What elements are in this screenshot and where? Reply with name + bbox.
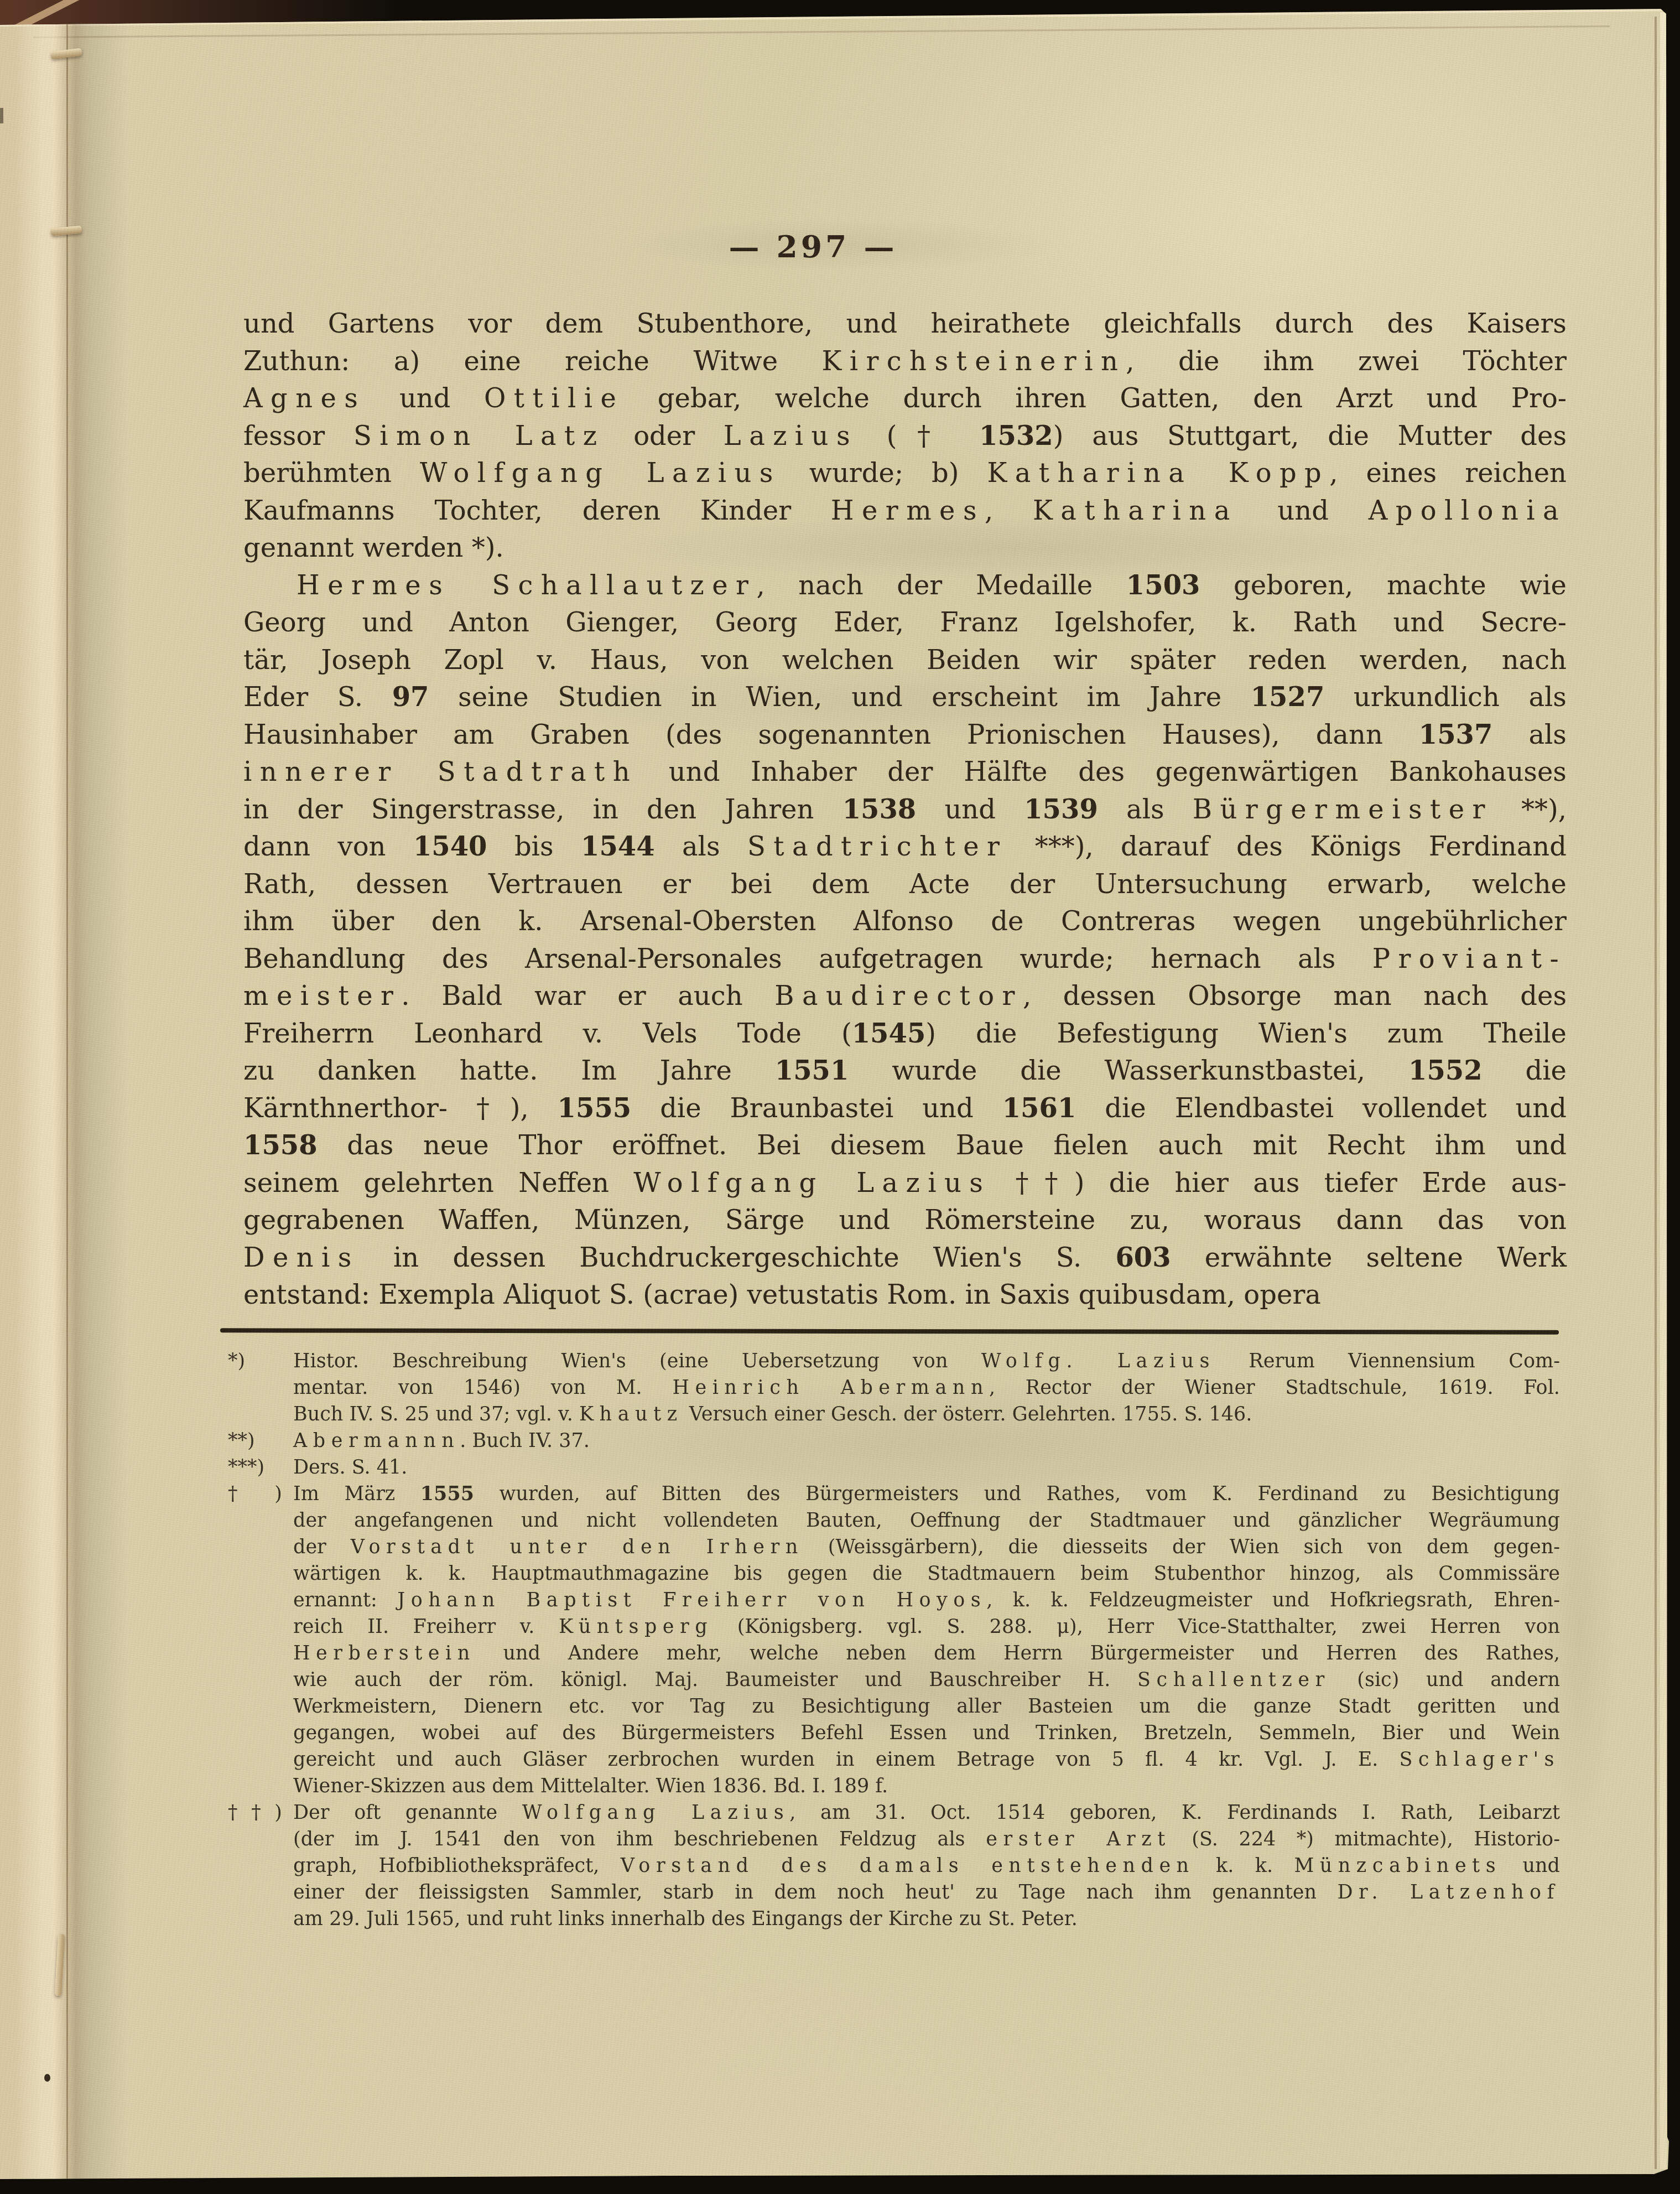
text-line: ihm über den k. Arsenal-Obersten Alfonso… — [243, 903, 1567, 941]
text-segment: ) die Befestigung Wien's zum Theile — [925, 1018, 1567, 1049]
text-segment: Zuthun: a) eine reiche Witwe — [243, 346, 821, 377]
text-segment: wurde; b) — [781, 458, 987, 489]
text-segment: ernannt: — [293, 1589, 397, 1611]
text-line: Georg und Anton Gienger, Georg Eder, Fra… — [243, 604, 1567, 642]
text-segment: Khautz — [579, 1403, 683, 1425]
text-segment: wurden, auf Bitten des Bürgermeisters un… — [474, 1483, 1560, 1505]
gutter-crease — [66, 0, 68, 2194]
text-segment: Schlager's — [1399, 1749, 1560, 1771]
text-line: seinem gelehrten Neffen Wolfgang Lazius … — [243, 1165, 1567, 1202]
text-segment: erwähnte seltene Werk — [1171, 1242, 1567, 1273]
text-segment: ††) die hier aus tiefer Erde aus- — [991, 1168, 1567, 1199]
text-segment: meister — [243, 981, 401, 1012]
text-segment: geboren, machte wie — [1200, 570, 1567, 601]
text-segment: 603 — [1115, 1242, 1171, 1273]
text-segment: der angefangenen und nicht vollendeten B… — [293, 1510, 1560, 1532]
text-segment: als — [655, 831, 747, 862]
text-segment: Lazius — [724, 421, 858, 452]
text-line: Zuthun: a) eine reiche Witwe Kirchsteine… — [243, 343, 1567, 381]
text-segment: Baudirector — [774, 981, 1023, 1012]
text-segment: in der Singerstrasse, in den Jahren — [243, 794, 842, 825]
text-segment: Münzcabinets — [1294, 1855, 1501, 1877]
text-segment: und — [916, 794, 1024, 825]
footnote-line: Wiener-Skizzen aus dem Mittelalter. Wien… — [293, 1773, 1560, 1799]
text-segment: und — [366, 383, 484, 414]
text-line: Eder S. 97 seine Studien in Wien, und er… — [243, 679, 1567, 717]
text-segment: († — [858, 421, 979, 452]
text-line: in der Singerstrasse, in den Jahren 1538… — [243, 791, 1567, 829]
text-segment: Ders. S. 41. — [293, 1456, 407, 1479]
paper-sheet: — 297 — und Gartens vor dem Stubenthore,… — [0, 0, 1680, 2194]
text-line: Hermes Schallautzer, nach der Medaille 1… — [243, 567, 1567, 605]
text-segment: Johann Baptist Freiherr von Hoyos — [397, 1589, 986, 1611]
text-line: Kärnthnerthor- †), 1555 die Braunbastei … — [243, 1090, 1567, 1128]
text-segment: zu danken hatte. Im Jahre — [243, 1055, 775, 1086]
text-segment: 1532 — [979, 421, 1053, 452]
text-segment: die Braunbastei und — [631, 1093, 1002, 1124]
text-segment: Wiener-Skizzen aus dem Mittelalter. Wien… — [293, 1775, 888, 1797]
text-segment: graph, Hofbibliothekspräfect, — [293, 1855, 621, 1877]
footnote-line: der angefangenen und nicht vollendeten B… — [293, 1507, 1560, 1534]
text-segment: gegrabenen Waffen, Münzen, Särge und Röm… — [243, 1205, 1567, 1236]
text-segment: (der im J. 1541 den von ihm beschriebene… — [293, 1828, 986, 1850]
paper-speck — [44, 2074, 50, 2082]
text-segment: seinem gelehrten Neffen — [243, 1168, 633, 1199]
page-right-edge-highlight — [1660, 12, 1667, 2169]
text-segment: 1561 — [1002, 1093, 1076, 1124]
text-segment: erster Arzt — [986, 1828, 1171, 1850]
text-segment: Apollonia — [1369, 495, 1567, 526]
text-line: und Gartens vor dem Stubenthore, und hei… — [243, 305, 1567, 343]
text-segment: 1558 — [243, 1130, 318, 1161]
footnote-marker: ††) — [228, 1799, 282, 1826]
text-segment: 1540 — [413, 831, 487, 862]
text-segment: Katharina Kopp — [987, 458, 1330, 489]
text-segment: **), — [1493, 794, 1567, 825]
text-segment: das neue Thor eröffnet. Bei diesem Baue … — [318, 1130, 1567, 1161]
text-segment: 1539 — [1024, 794, 1098, 825]
text-segment: 1544 — [581, 831, 655, 862]
text-segment: Hermes — [831, 495, 985, 526]
text-segment: Küntsperg — [559, 1616, 713, 1638]
text-segment: Proviant- — [1372, 943, 1567, 974]
text-line: dann von 1540 bis 1544 als Stadtrichter … — [243, 828, 1567, 866]
text-segment: genannt werden *). — [243, 532, 504, 563]
text-line: berühmten Wolfgang Lazius wurde; b) Kath… — [243, 455, 1567, 492]
scanned-book-page: — 297 — und Gartens vor dem Stubenthore,… — [0, 0, 1680, 2194]
text-segment: wurde die Wasserkunstbastei, — [849, 1055, 1408, 1086]
footnote-line: Werkmeistern, Dienern etc. vor Tag zu Be… — [293, 1693, 1560, 1720]
text-segment: ) aus Stuttgart, die Mutter des — [1053, 421, 1567, 452]
text-segment: Kärnthnerthor- †), — [243, 1093, 558, 1124]
text-segment: Dr. Latzenhof — [1338, 1881, 1560, 1903]
footnote-line: wärtigen k. k. Hauptmauthmagazine bis ge… — [293, 1560, 1560, 1587]
footnote-marker: **) — [228, 1428, 282, 1454]
text-segment: 1527 — [1251, 682, 1325, 713]
text-line: gegrabenen Waffen, Münzen, Särge und Röm… — [243, 1202, 1567, 1239]
text-segment: gegangen, wobei auf des Bürgermeisters B… — [293, 1722, 1560, 1744]
text-segment: am 29. Juli 1565, und ruht links innerha… — [293, 1908, 1078, 1930]
text-segment: 1503 — [1126, 570, 1200, 601]
text-segment: und Gartens vor dem Stubenthore, und hei… — [243, 308, 1567, 339]
text-segment: 1537 — [1419, 719, 1493, 750]
footnote-line: der Vorstadt unter den Irhern (Weissgärb… — [293, 1534, 1560, 1560]
text-segment: dann von — [243, 831, 413, 862]
text-segment: Katharina — [1033, 495, 1238, 526]
binding-gutter — [15, 0, 129, 2194]
text-segment: und — [1501, 1855, 1560, 1877]
footnote-line: Buch IV. S. 25 und 37; vgl. v. Khautz Ve… — [293, 1401, 1560, 1428]
footnote-line: gegangen, wobei auf des Bürgermeisters B… — [293, 1720, 1560, 1746]
text-segment: Eder S. — [243, 682, 392, 713]
text-segment: als — [1492, 719, 1567, 750]
text-segment: wärtigen k. k. Hauptmauthmagazine bis ge… — [293, 1563, 1560, 1585]
text-segment: entstand: Exempla Aliquot S. (acrae) vet… — [243, 1279, 1321, 1310]
text-segment: Freiherrn Leonhard v. Vels Tode ( — [243, 1018, 852, 1049]
text-segment: die Elendbastei vollendet und — [1076, 1093, 1567, 1124]
footnote-line: ††)Der oft genannte Wolfgang Lazius, am … — [293, 1799, 1560, 1826]
text-segment: berühmten — [243, 458, 420, 489]
footnote-line: *)Histor. Beschreibung Wien's (eine Uebe… — [293, 1348, 1560, 1375]
text-segment: Schallentzer — [1137, 1669, 1330, 1691]
text-line: zu danken hatte. Im Jahre 1551 wurde die… — [243, 1052, 1567, 1090]
text-segment: Wolfgang Lazius — [633, 1168, 991, 1199]
footnote-line: graph, Hofbibliothekspräfect, Vorstand d… — [293, 1853, 1560, 1879]
text-segment: Simon Latz — [353, 421, 605, 452]
text-segment: Kirchsteinerin — [821, 346, 1126, 377]
text-segment: bis — [487, 831, 581, 862]
text-segment: Behandlung des Arsenal-Personales aufget… — [243, 943, 1372, 974]
text-segment: . Buch IV. 37. — [460, 1430, 590, 1452]
footnote-marker: *) — [228, 1348, 282, 1375]
text-segment: , k. k. Feldzeugmeister und Hofkriegsrat… — [986, 1589, 1560, 1611]
text-segment: seine Studien in Wien, und erscheint im … — [429, 682, 1250, 713]
text-segment: Agnes — [243, 383, 366, 414]
text-line: Denis in dessen Buchdruckergeschichte Wi… — [243, 1239, 1567, 1277]
text-segment: Versuch einer Gesch. der österr. Gelehrt… — [683, 1403, 1252, 1425]
paragraph: Hermes Schallautzer, nach der Medaille 1… — [243, 567, 1567, 1314]
text-line: Rath, dessen Vertrauen er bei dem Acte d… — [243, 866, 1567, 904]
footnote-line: (der im J. 1541 den von ihm beschriebene… — [293, 1826, 1560, 1853]
text-segment: 1555 — [420, 1482, 474, 1505]
text-segment: 97 — [392, 682, 429, 713]
text-segment: als — [1098, 794, 1193, 825]
text-segment: 1538 — [842, 794, 917, 825]
text-segment: Hermes Schallautzer — [297, 570, 756, 601]
text-segment: , die ihm zwei Töchter — [1126, 346, 1567, 377]
text-segment: Vorstadt unter den Irhern — [351, 1536, 804, 1558]
text-segment: reich II. Freiherr v. — [293, 1616, 559, 1638]
paragraph: und Gartens vor dem Stubenthore, und hei… — [243, 305, 1567, 567]
text-segment: in dessen Buchdruckergeschichte Wien's S… — [360, 1242, 1116, 1273]
text-segment: Georg und Anton Gienger, Georg Eder, Fra… — [243, 607, 1567, 638]
footnote-marker: †) — [228, 1481, 282, 1507]
text-line: meister. Bald war er auch Baudirector, d… — [243, 978, 1567, 1015]
text-line: entstand: Exempla Aliquot S. (acrae) vet… — [243, 1277, 1567, 1314]
text-segment: Stadtrichter — [747, 831, 1007, 862]
text-segment: Heinrich Abermann — [672, 1377, 989, 1399]
text-segment: und Inhaber der Hälfte des gegenwärtigen… — [638, 756, 1567, 787]
page-right-edge-line — [1655, 17, 1657, 2169]
text-segment: innerer Stadtrath — [243, 756, 638, 787]
text-segment: 1555 — [558, 1093, 632, 1124]
page-number: — 297 — — [166, 229, 1460, 264]
body-text: und Gartens vor dem Stubenthore, und hei… — [243, 305, 1567, 1314]
text-segment: Rerum Viennensium Com- — [1215, 1350, 1560, 1372]
text-line: Behandlung des Arsenal-Personales aufget… — [243, 941, 1567, 978]
text-segment: Abermannn — [293, 1430, 460, 1452]
footnote-line: †)Im März 1555 wurden, auf Bitten des Bü… — [293, 1481, 1560, 1507]
text-line: tär, Joseph Zopl v. Haus, von welchen Be… — [243, 642, 1567, 680]
text-segment: , eines reichen — [1329, 458, 1567, 489]
text-segment: , nach der Medaille — [756, 570, 1126, 601]
text-line: Kaufmanns Tochter, deren Kinder Hermes, … — [243, 492, 1567, 530]
footnote-line: **)Abermannn. Buch IV. 37. — [293, 1428, 1560, 1454]
text-segment: Buch IV. S. 25 und 37; vgl. v. — [293, 1403, 579, 1425]
text-segment: gereicht und auch Gläser zerbrochen wurd… — [293, 1749, 1399, 1771]
footnote-line: einer der fleissigsten Sammler, starb in… — [293, 1879, 1560, 1906]
text-segment: ihm über den k. Arsenal-Obersten Alfonso… — [243, 906, 1567, 937]
text-segment: 1545 — [852, 1018, 926, 1049]
text-segment: . Bald war er auch — [401, 981, 774, 1012]
text-segment: Kaufmanns Tochter, deren Kinder — [243, 495, 831, 526]
text-segment: Werkmeistern, Dienern etc. vor Tag zu Be… — [293, 1695, 1560, 1718]
text-segment: (sic) und andern — [1330, 1669, 1560, 1691]
text-segment: 1552 — [1408, 1055, 1483, 1086]
text-segment: urkundlich als — [1324, 682, 1567, 713]
footnote-line: ernannt: Johann Baptist Freiherr von Hoy… — [293, 1587, 1560, 1614]
text-segment: Wolfgang Lazius — [420, 458, 781, 489]
footnote-line: reich II. Freiherr v. Küntsperg (Königsb… — [293, 1614, 1560, 1640]
text-segment: die — [1483, 1055, 1567, 1086]
footnote-separator-rule — [220, 1328, 1559, 1334]
footnote-line: Herberstein und Andere mehr, welche nebe… — [293, 1640, 1560, 1667]
text-segment: fessor — [243, 421, 353, 452]
text-segment: und — [1238, 495, 1369, 526]
text-segment: oder — [605, 421, 723, 452]
text-segment: einer der fleissigsten Sammler, starb in… — [293, 1881, 1338, 1903]
text-segment: , dessen Obsorge man nach des — [1023, 981, 1567, 1012]
text-segment: , — [985, 495, 1033, 526]
text-segment: , am 31. Oct. 1514 geboren, K. Ferdinand… — [789, 1802, 1560, 1824]
text-line: 1558 das neue Thor eröffnet. Bei diesem … — [243, 1127, 1567, 1165]
text-segment: (Weissgärbern), die diesseits der Wien s… — [804, 1536, 1560, 1558]
footnote-line: mentar. von 1546) von M. Heinrich Aberma… — [293, 1375, 1560, 1401]
text-segment: Hausinhaber am Graben (des sogenannten P… — [243, 719, 1419, 750]
text-segment: (Königsberg. vgl. S. 288. μ), Herr Vice-… — [713, 1616, 1560, 1638]
text-segment: Der oft genannte — [293, 1802, 522, 1824]
text-segment: Wolfg. Lazius — [981, 1350, 1215, 1372]
text-segment: gebar, welche durch ihren Gatten, den Ar… — [624, 383, 1567, 414]
text-line: fessor Simon Latz oder Lazius († 1532) a… — [243, 418, 1567, 455]
text-segment: der — [293, 1536, 351, 1558]
text-segment: Herberstein — [293, 1642, 476, 1664]
footnote-line: am 29. Juli 1565, und ruht links innerha… — [293, 1906, 1560, 1932]
text-segment: wie auch der röm. königl. Maj. Baumeiste… — [293, 1669, 1137, 1691]
text-segment: mentar. von 1546) von M. — [293, 1377, 672, 1399]
text-segment: Denis — [243, 1242, 360, 1273]
text-segment: 1551 — [775, 1055, 849, 1086]
text-line: Agnes und Ottilie gebar, welche durch ih… — [243, 380, 1567, 418]
text-segment: Im März — [293, 1483, 420, 1505]
footnote-line: ***)Ders. S. 41. — [293, 1454, 1560, 1481]
footnote-line: gereicht und auch Gläser zerbrochen wurd… — [293, 1746, 1560, 1773]
text-line: genannt werden *). — [243, 530, 1567, 567]
text-segment: Histor. Beschreibung Wien's (eine Uebers… — [293, 1350, 981, 1372]
text-segment: und Andere mehr, welche neben dem Herrn … — [476, 1642, 1560, 1664]
footnote-marker: ***) — [228, 1454, 282, 1481]
text-segment: Wolfgang Lazius — [522, 1802, 789, 1824]
text-segment: tär, Joseph Zopl v. Haus, von welchen Be… — [243, 645, 1567, 676]
text-segment: Rath, dessen Vertrauen er bei dem Acte d… — [243, 869, 1567, 900]
text-segment: Vorstand des damals entstehenden — [621, 1855, 1195, 1877]
text-segment: k. k. — [1195, 1855, 1294, 1877]
text-line: Hausinhaber am Graben (des sogenannten P… — [243, 717, 1567, 754]
text-line: innerer Stadtrath und Inhaber der Hälfte… — [243, 754, 1567, 791]
text-line: Freiherrn Leonhard v. Vels Tode (1545) d… — [243, 1015, 1567, 1053]
page-top-shadow — [33, 25, 1610, 38]
text-segment: (S. 224 *) mitmachte), Historio- — [1171, 1828, 1560, 1850]
text-segment: Ottilie — [484, 383, 624, 414]
footnote-line: wie auch der röm. königl. Maj. Baumeiste… — [293, 1667, 1560, 1693]
text-segment: , Rector der Wiener Stadtschule, 1619. F… — [989, 1377, 1560, 1399]
text-segment: ***), darauf des Königs Ferdinand — [1007, 831, 1567, 862]
paper-speck — [0, 108, 3, 123]
text-segment: Bürgermeister — [1193, 794, 1493, 825]
footnotes: *)Histor. Beschreibung Wien's (eine Uebe… — [293, 1348, 1560, 1932]
